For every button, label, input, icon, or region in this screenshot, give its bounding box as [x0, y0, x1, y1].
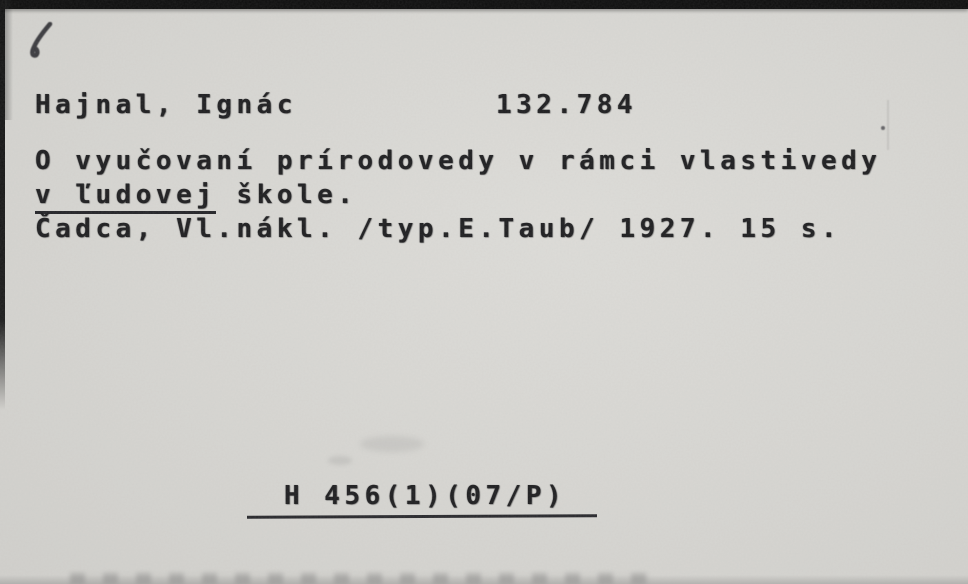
title-line-2-rest: škole. [216, 180, 357, 210]
title-line-1: O vyučovaní prírodovedy v rámci vlastive… [35, 146, 881, 176]
scan-top-edge [0, 0, 968, 9]
handwritten-pen-mark [27, 22, 55, 64]
imprint-line: Čadca, Vl.nákl. /typ.E.Taub/ 1927. 15 s. [35, 214, 841, 244]
accession-number: 132.784 [496, 90, 637, 120]
faint-scratch [887, 100, 889, 150]
shelfmark-underline [247, 514, 597, 519]
title-underlined-phrase: v ľudovej [35, 180, 216, 214]
scan-left-edge-shadow [5, 0, 13, 120]
ink-speck [881, 126, 885, 130]
author-heading: Hajnal, Ignác [35, 90, 297, 120]
shelfmark: H 456(1)(07/P) [284, 481, 566, 511]
scan-bottom-shade [0, 575, 968, 584]
paper-smudge-small [328, 456, 352, 465]
catalog-card-scan: Hajnal, Ignác 132.784 O vyučovaní prírod… [0, 0, 968, 584]
paper-smudge [360, 436, 424, 452]
title-line-2: v ľudovej škole. [35, 180, 357, 210]
